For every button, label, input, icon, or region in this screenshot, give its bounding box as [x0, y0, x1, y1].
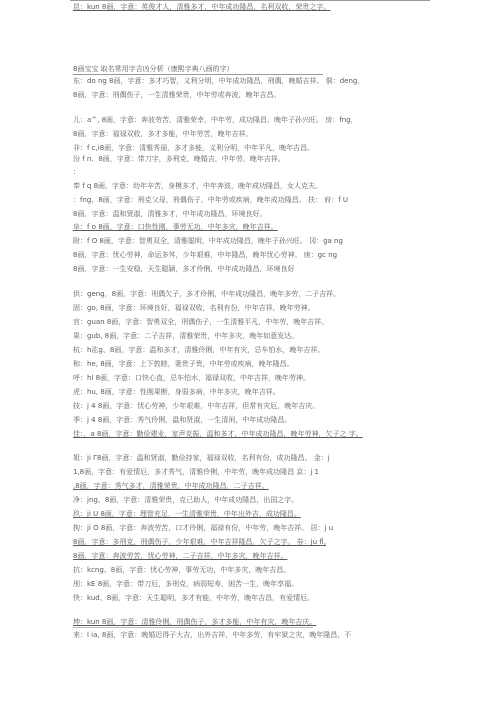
text-line: 姐：ji Γ8画，字意：温和贤淑，勤俭持家，福禄双收，名利有份，成功隆昌。 金：…	[73, 453, 330, 463]
text-line: 8画，字意：福禄双收，多才多能，中年劳苦，晚年吉祥。	[73, 129, 252, 139]
text-line: 呼：hl 8画，字意：口快心直，忌车怕水，福禄双收，中年吉祥，晚年劳神。	[73, 373, 310, 383]
text-line: 8画，字意：忧心劳神，命运多舛，少年艰难，中年隆昌，晚年忧心劳神。 庚：gc n…	[73, 250, 337, 260]
text-line: 拘：ji O 8画，字意：奔波劳苦，口才伶俐，福禄有份，中年劳，晚年吉祥。 居：…	[73, 523, 333, 533]
text-line: 官：guan 8画，字意：智勇双全，刑偶伤子，一生清雅平凡，中年劳，晚年吉祥。	[73, 317, 328, 327]
text-line: 玖：ji U 8画，字意：理智充足，一生清雅荣贵，中年出外吉，成功隆昌。	[73, 509, 301, 519]
section-title: 8画宝宝 取名常用字吉凶分析（康熙字典八画的字）	[73, 64, 234, 74]
text-line: ,8画，字意：秀气多才，清雅荣贵，中年成功隆昌，二子吉祥。	[73, 481, 269, 491]
text-line: 坤：kun 8画，字意：清雅伶俐，刑偶伤子，多才多能，中年有灾，晚年吉庆。	[73, 617, 316, 627]
text-line: 奉 f q 8画，字意：幼年辛苦，身模多才，中年奔波，晚年成功隆昌，女人克夫。	[73, 181, 322, 191]
text-line: 快：kud、8画，字意：天生聪明，多才有能，中年劳，晚年吉昌，有爱情厄。	[73, 593, 314, 603]
divider-bottom	[73, 627, 313, 628]
text-line: 东：do ng 8画，字意：多才巧智，义利分明，中年成功隆昌，刑偶，晚婚吉祥。 …	[73, 76, 364, 86]
text-line: 季：j 4 8画，字意：秀气伶俐，温和贤淑，一生清闲，中年成功隆昌。	[73, 415, 291, 425]
text-line: 杭：h汯g、8画，字意：温和多才，清雅伶俐，中年有灾，忌车怕水，晚年吉祥。	[73, 345, 324, 355]
text-line: 非：f c,i8画，字意：清雅秀丽，多才多能，义利分明，中年平凡，晚年吉昌。	[73, 143, 314, 153]
text-line: 汾 f n、8画，字意：带刀字，多刑克，晚婚吉，中年劳，晚年吉祥。	[73, 154, 285, 164]
divider-top	[70, 0, 430, 1]
text-line: 1,8画，字意：有爱情厄，多才秀气，清雅伶俐，中年劳，晚年成功隆昌 京：j 1	[73, 467, 319, 477]
divider-title	[73, 74, 323, 75]
text-line: 虎：hu, 8画，字意：性刚果断，身弱多病，中年多灾，晚年吉祥。	[73, 387, 280, 397]
text-line: 固：go, 8画，字意：环境良好，福禄双收，名利有份，中年吉祥，晚年劳神。	[73, 303, 315, 313]
text-line: 8画，字意：多刑克，刑偶伤子，少年艰难，中年吉祥隆昌，欠子之字。 券：ju fl…	[73, 537, 326, 547]
text-line: 8画，字意：一生安稳，天生聪颖，多才伶俐，中年成功隆昌，环境良好	[73, 264, 294, 274]
text-line: 来：l ia, 8画，字意：晚婚迟得子大吉，出外吉祥，中年多劳，有牢狱之灾，晚年…	[73, 630, 351, 640]
text-line: 阜：f o 8画，字意：口快性刚，事劳无功，中年多灾，晚年吉祥。	[73, 222, 278, 232]
text-line: 净：jng、8画，字意：清雅荣贵，克己助人，中年成功隆昌，出国之字。	[73, 495, 298, 505]
text-line: 技：j 4 8画，字意：忧心劳神，少年艰难，中年吉祥，但常有灾厄，晚年吉庆。	[73, 401, 319, 411]
text-line: 刖：kE 8画，字意：带刀厄，多刑克，病弱短寿，困苦一生，晚年享福。	[73, 579, 298, 589]
text-line: 果：gub, 8画，字意：二子吉祥，清雅荣贵，中年多灾，晚年如意发达。	[73, 331, 298, 341]
text-line-top: 昆：kun 8画，字意：英俊才人，清雅多才，中年成功隆昌，名利双收，荣贵之字。	[73, 2, 330, 12]
text-line: 抗：kcng、8画，字意：忧心劳神，事劳无功，中年多灾，晚年吉昌。	[73, 565, 290, 575]
text-line: 8画，字意：温和贤淑，清雅多才，中年成功隆昌，环境良好。	[73, 209, 266, 219]
text-line: 8画，字意：奔波劳苦，忧心劳神，二子吉祥，中年多灾，晚年吉祥。	[73, 551, 287, 561]
text-line: 供：geng，8画，字意：刑偶欠子，多才伶俐，中年成功隆昌，晚年多劳，二子吉祥。	[73, 289, 340, 299]
text-line: 儿：a^, 8画，字意：奔波劳苦，清雅荣幸，中年劳，成功隆昌，晚年子孙兴旺。 房…	[73, 115, 358, 125]
text-line: 附：f O 8画，字意：智勇双全，清雅聪明，中年成功隆昌，晚年子孙兴旺。 冈：g…	[73, 236, 343, 246]
text-line: 佳：，a 8画，字意：勤俭建业，家声克振，温和多才，中年成功隆昌，晚年劳神，欠子…	[73, 429, 363, 439]
text-line: ：	[73, 167, 80, 177]
text-line: 8画，字意：刑偶伤子，一生清雅荣贵，中年劳或奔波，晚年吉昌。	[73, 90, 280, 100]
text-line: ：fng，8画，字意：刑克父母，刑偶伤子，中年劳或疾病，晚年成功隆昌。 扶： 府…	[73, 195, 348, 205]
text-line: 和：he, 8画，字意：上下敦睦，妻贵子贵，中年劳或疾病，晚年隆昌。	[73, 359, 294, 369]
